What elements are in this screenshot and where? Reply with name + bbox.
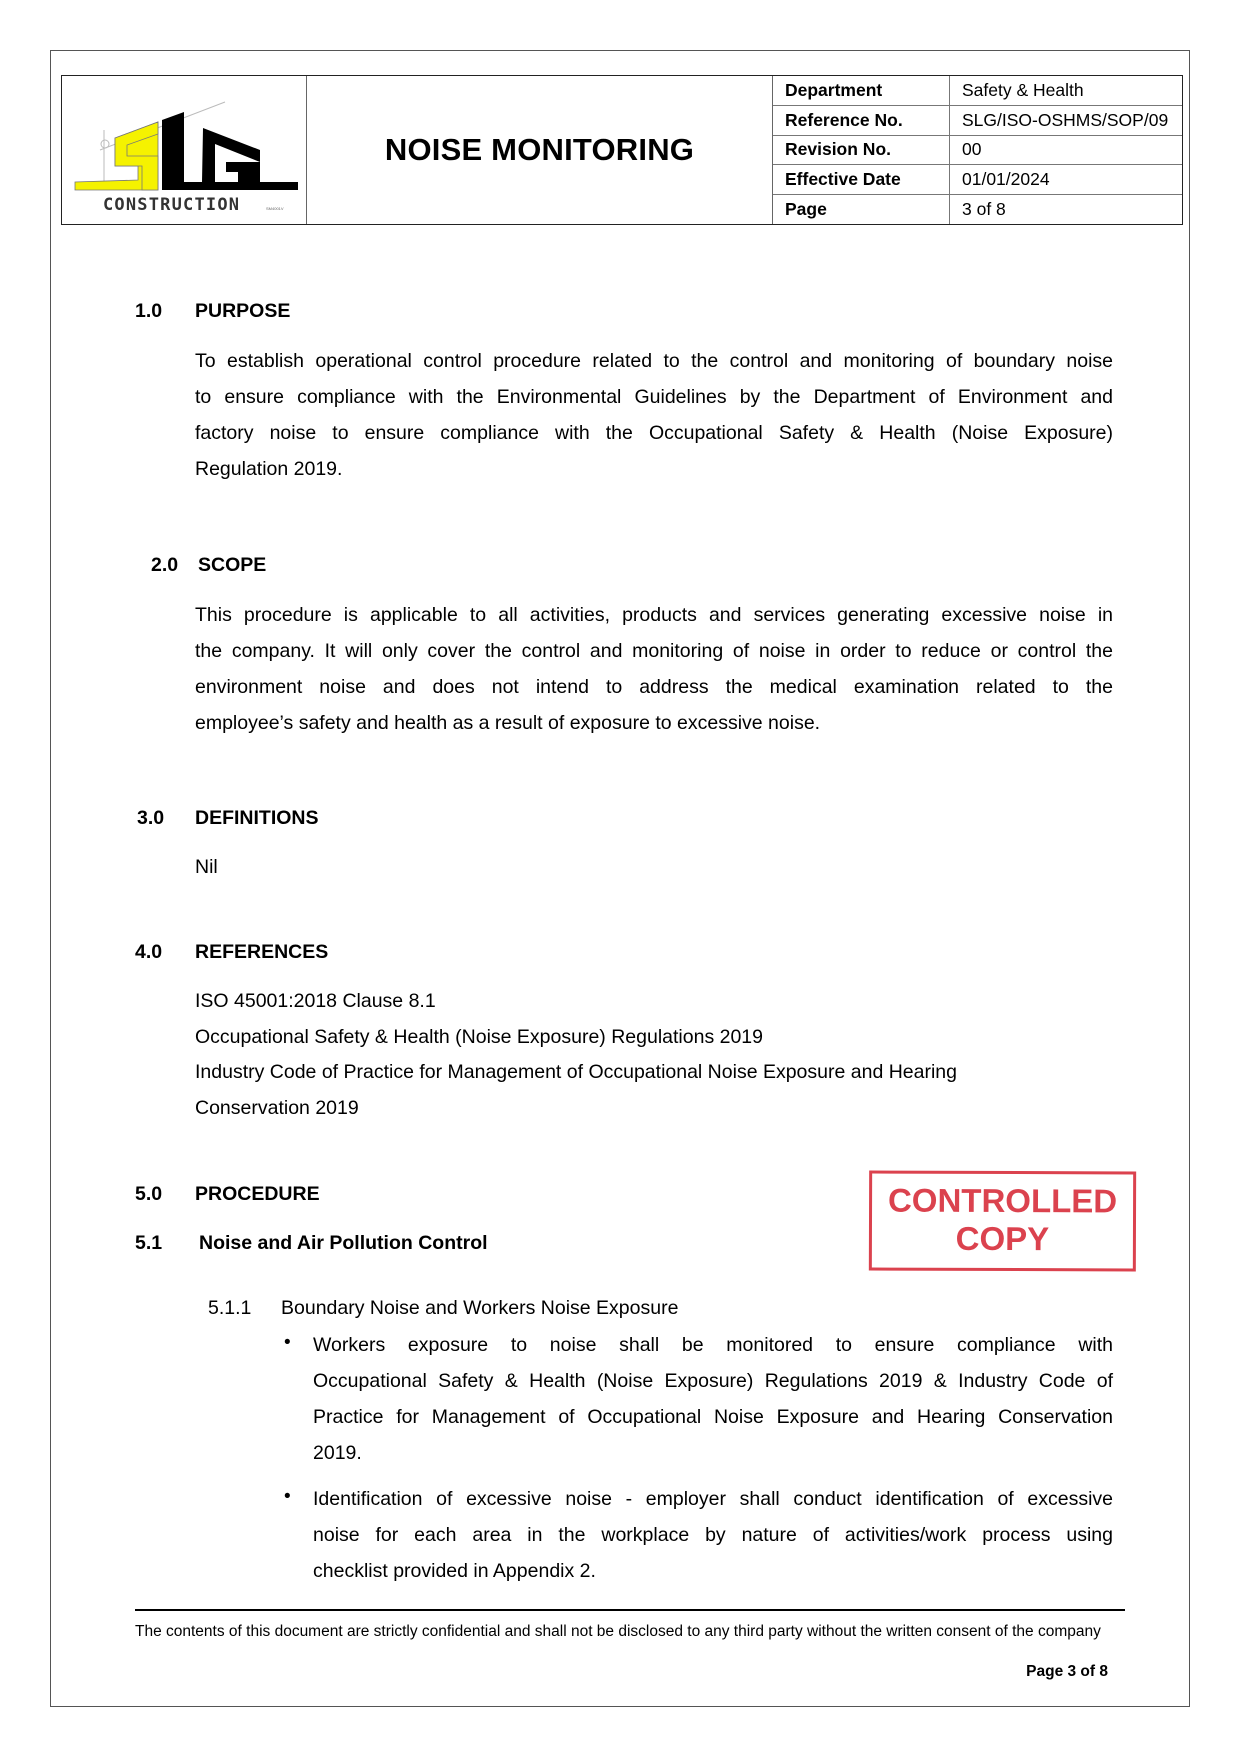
meta-value: SLG/ISO-OSHMS/SOP/09 bbox=[950, 106, 1182, 135]
svg-text:SM4001V: SM4001V bbox=[266, 206, 284, 210]
meta-value: Safety & Health bbox=[950, 76, 1182, 105]
document-title: NOISE MONITORING bbox=[307, 76, 773, 224]
meta-value: 00 bbox=[950, 136, 1182, 165]
reference-item: Conservation 2019 bbox=[195, 1097, 359, 1120]
reference-item: ISO 45001:2018 Clause 8.1 bbox=[195, 990, 436, 1013]
bullet-item: Workers exposure to noise shall be monit… bbox=[313, 1327, 1113, 1471]
section-heading-references: REFERENCES bbox=[195, 941, 328, 964]
meta-label: Effective Date bbox=[773, 165, 950, 194]
bullet-line: 2019. bbox=[313, 1435, 1113, 1471]
stamp-line: COPY bbox=[872, 1220, 1133, 1259]
section-number: 4.0 bbox=[135, 941, 162, 964]
subsubsection-number: 5.1.1 bbox=[208, 1297, 251, 1320]
paragraph-line: To establish operational control procedu… bbox=[195, 343, 1113, 379]
meta-row-department: Department Safety & Health bbox=[773, 76, 1182, 106]
meta-row-revision: Revision No. 00 bbox=[773, 136, 1182, 166]
meta-value: 01/01/2024 bbox=[950, 165, 1182, 194]
meta-row-page: Page 3 of 8 bbox=[773, 195, 1182, 224]
definitions-text: Nil bbox=[195, 856, 218, 879]
company-logo-cell: CONSTRUCTION SM4001V bbox=[62, 76, 307, 224]
paragraph-line: Regulation 2019. bbox=[195, 451, 1113, 487]
controlled-copy-stamp: CONTROLLED COPY bbox=[869, 1171, 1136, 1272]
footer-divider bbox=[135, 1609, 1125, 1611]
subsubsection-heading: Boundary Noise and Workers Noise Exposur… bbox=[281, 1297, 678, 1320]
subsection-heading: Noise and Air Pollution Control bbox=[199, 1232, 488, 1255]
section-heading-definitions: DEFINITIONS bbox=[195, 807, 319, 830]
section-number: 2.0 bbox=[151, 554, 178, 577]
paragraph-line: environment noise and does not intend to… bbox=[195, 669, 1113, 705]
section-number: 5.0 bbox=[135, 1183, 162, 1206]
meta-row-reference: Reference No. SLG/ISO-OSHMS/SOP/09 bbox=[773, 106, 1182, 136]
bullet-line: Identification of excessive noise - empl… bbox=[313, 1481, 1113, 1517]
section-number: 3.0 bbox=[137, 807, 164, 830]
meta-value: 3 of 8 bbox=[950, 195, 1182, 224]
slg-construction-logo-icon: CONSTRUCTION SM4001V bbox=[70, 90, 298, 210]
meta-label: Page bbox=[773, 195, 950, 224]
meta-label: Revision No. bbox=[773, 136, 950, 165]
bullet-line: checklist provided in Appendix 2. bbox=[313, 1553, 1113, 1589]
bullet-item: Identification of excessive noise - empl… bbox=[313, 1481, 1113, 1589]
section-number: 1.0 bbox=[135, 300, 162, 323]
paragraph-line: This procedure is applicable to all acti… bbox=[195, 597, 1113, 633]
bullet-line: noise for each area in the workplace by … bbox=[313, 1517, 1113, 1553]
bullet-dot-icon: • bbox=[284, 1332, 291, 1354]
paragraph-line: factory noise to ensure compliance with … bbox=[195, 415, 1113, 451]
bullet-line: Practice for Management of Occupational … bbox=[313, 1399, 1113, 1435]
meta-label: Department bbox=[773, 76, 950, 105]
reference-item: Industry Code of Practice for Management… bbox=[195, 1061, 957, 1084]
svg-text:CONSTRUCTION: CONSTRUCTION bbox=[103, 195, 240, 210]
document-header: CONSTRUCTION SM4001V NOISE MONITORING De… bbox=[61, 75, 1183, 225]
bullet-line: Occupational Safety & Health (Noise Expo… bbox=[313, 1363, 1113, 1399]
subsection-number: 5.1 bbox=[135, 1232, 162, 1255]
section-heading-scope: SCOPE bbox=[198, 554, 266, 577]
paragraph-line: employee’s safety and health as a result… bbox=[195, 705, 1113, 741]
purpose-paragraph: To establish operational control procedu… bbox=[195, 343, 1113, 487]
bullet-dot-icon: • bbox=[284, 1486, 291, 1508]
bullet-line: Workers exposure to noise shall be monit… bbox=[313, 1327, 1113, 1363]
document-meta-table: Department Safety & Health Reference No.… bbox=[773, 76, 1182, 224]
paragraph-line: to ensure compliance with the Environmen… bbox=[195, 379, 1113, 415]
reference-item: Occupational Safety & Health (Noise Expo… bbox=[195, 1026, 763, 1049]
footer-page-number: Page 3 of 8 bbox=[1026, 1663, 1108, 1681]
stamp-line: CONTROLLED bbox=[872, 1182, 1133, 1221]
meta-row-effective-date: Effective Date 01/01/2024 bbox=[773, 165, 1182, 195]
section-heading-purpose: PURPOSE bbox=[195, 300, 290, 323]
footer-disclaimer: The contents of this document are strict… bbox=[135, 1621, 1125, 1643]
scope-paragraph: This procedure is applicable to all acti… bbox=[195, 597, 1113, 741]
paragraph-line: the company. It will only cover the cont… bbox=[195, 633, 1113, 669]
meta-label: Reference No. bbox=[773, 106, 950, 135]
section-heading-procedure: PROCEDURE bbox=[195, 1183, 320, 1206]
